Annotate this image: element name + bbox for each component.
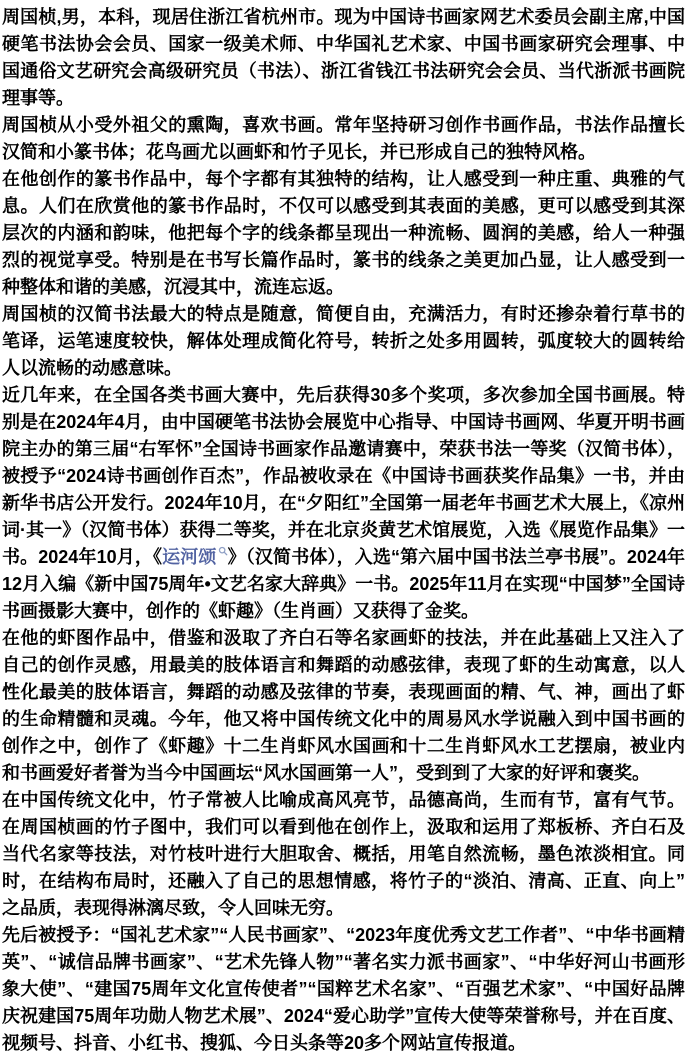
article-body: 周国桢,男，本科，现居住浙江省杭州市。现为中国诗书画家网艺术委员会副主席,中国硬… xyxy=(0,0,687,1063)
text-run: 在中国传统文化中，竹子常被人比喻成高风亮节，品德高尚，生而有节，富有气节。在周国… xyxy=(2,790,685,918)
page: { "colors": { "background": "#ffffff", "… xyxy=(0,0,687,1063)
paragraph: 近几年来，在全国各类书画大赛中，先后获得30多个奖项，多次参加全国书画展。特别是… xyxy=(2,382,685,625)
text-run: 近几年来，在全国各类书画大赛中，先后获得30多个奖项，多次参加全国书画展。特别是… xyxy=(2,385,685,567)
paragraph: 周国桢的汉简书法最大的特点是随意，简便自由，充满活力，有时还掺杂着行草书的笔译，… xyxy=(2,301,685,382)
paragraph: 在他的虾图作品中，借鉴和汲取了齐白石等名家画虾的技法，并在此基础上又注入了自己的… xyxy=(2,625,685,787)
text-run: 先后被授予：“国礼艺术家”“人民书画家”、“2023年度优秀文艺工作者”、“中华… xyxy=(2,925,685,1053)
paragraph: 先后被授予：“国礼艺术家”“人民书画家”、“2023年度优秀文艺工作者”、“中华… xyxy=(2,922,685,1057)
paragraph: 周国桢,男，本科，现居住浙江省杭州市。现为中国诗书画家网艺术委员会副主席,中国硬… xyxy=(2,4,685,112)
entry-link-text: 运河颂 xyxy=(162,547,216,567)
entry-link[interactable]: 运河颂 xyxy=(162,547,227,567)
paragraph: 在他创作的篆书作品中，每个字都有其独特的结构，让人感受到一种庄重、典雅的气息。人… xyxy=(2,166,685,301)
text-run: 在他创作的篆书作品中，每个字都有其独特的结构，让人感受到一种庄重、典雅的气息。人… xyxy=(2,169,685,297)
text-run: 在他的虾图作品中，借鉴和汲取了齐白石等名家画虾的技法，并在此基础上又注入了自己的… xyxy=(2,628,685,783)
paragraph: 在中国传统文化中，竹子常被人比喻成高风亮节，品德高尚，生而有节，富有气节。在周国… xyxy=(2,787,685,922)
paragraph: 周国桢从小受外祖父的熏陶，喜欢书画。常年坚持研习创作书画作品，书法作品擅长汉简和… xyxy=(2,112,685,166)
text-run: 周国桢从小受外祖父的熏陶，喜欢书画。常年坚持研习创作书画作品，书法作品擅长汉简和… xyxy=(2,115,685,162)
search-icon[interactable] xyxy=(218,546,228,556)
text-run: 周国桢,男，本科，现居住浙江省杭州市。现为中国诗书画家网艺术委员会副主席,中国硬… xyxy=(2,7,685,108)
text-run: 周国桢的汉简书法最大的特点是随意，简便自由，充满活力，有时还掺杂着行草书的笔译，… xyxy=(2,304,685,378)
